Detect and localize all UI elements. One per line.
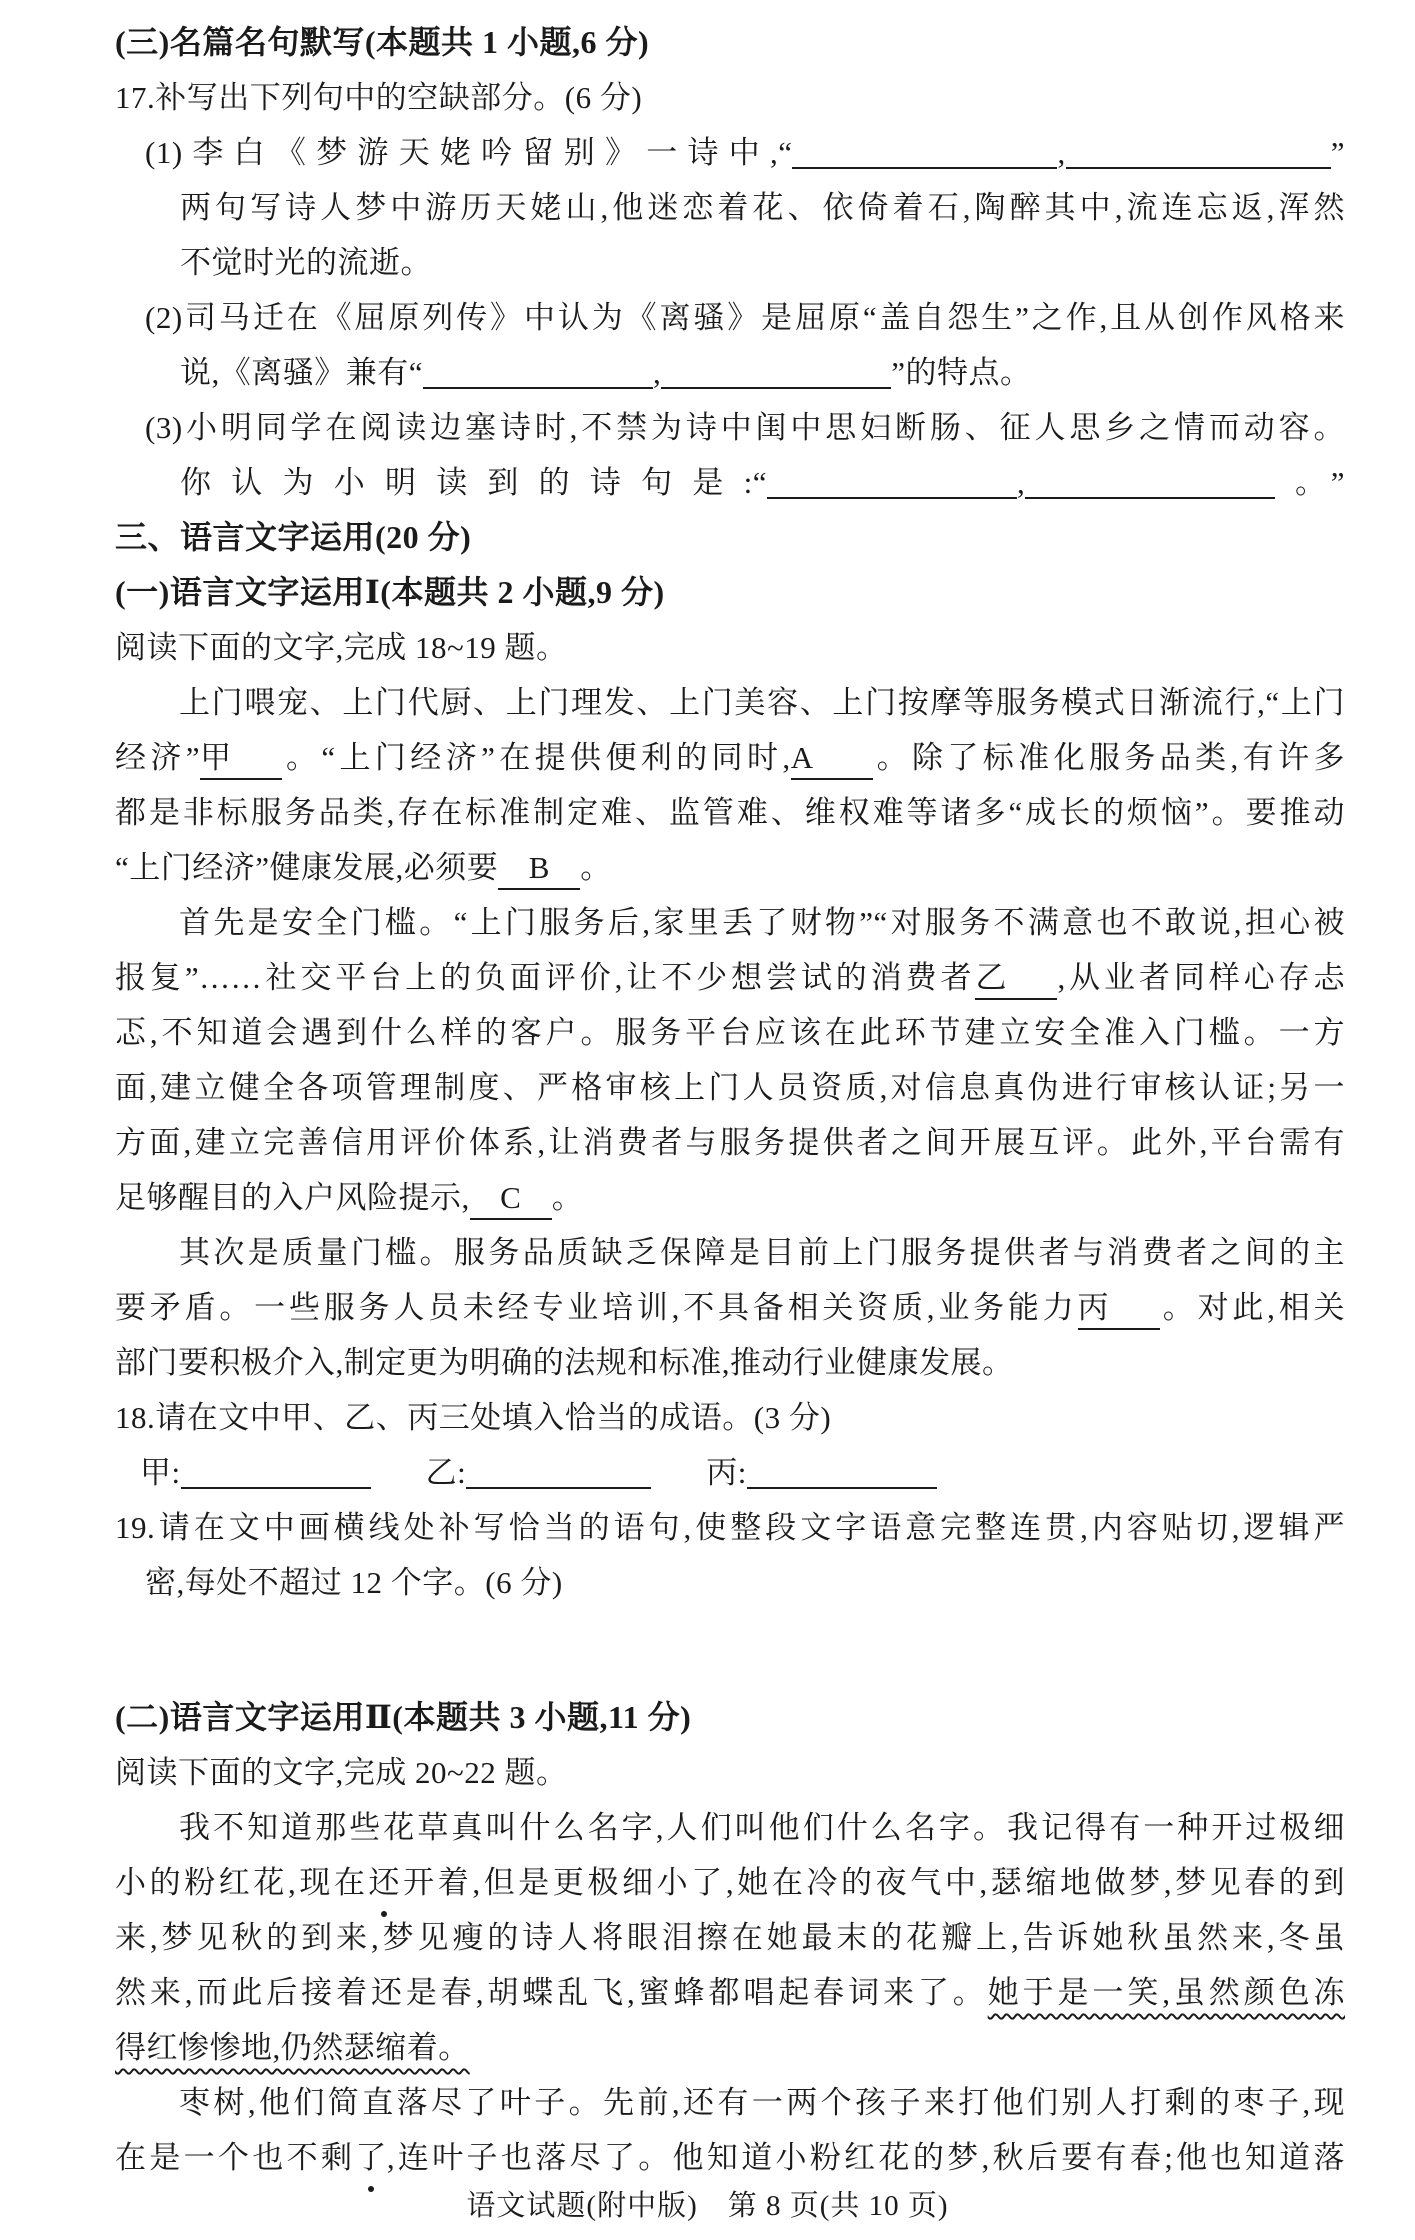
answer-blank [423,351,653,389]
inline-label-blank: A [791,738,873,780]
text-run: , [1017,465,1025,500]
passage1-p2-line3: 忑,不知道会遇到什么样的客户。服务平台应该在此环节建立安全准入门槛。一方 [115,1005,1345,1060]
inline-label-blank: 丙 [1078,1288,1160,1330]
section-3-heading: (三)名篇名句默写(本题共 1 小题,6 分) [115,15,1345,70]
answer-blank [792,131,1057,169]
q17-1-line2: 两句写诗人梦中游历天姥山,他迷恋着花、依倚着石,陶醉其中,流连忘返,浑然 [115,180,1345,235]
answer-blank [747,1451,937,1489]
text-run: 开着,但是更极细小了,她在冷的夜气中,瑟缩地做梦,梦见春的到 [400,1865,1345,1900]
text-run: 忑,不知道会遇到什么样的客户。服务平台应该在此环节建立安全准入门槛。一方 [115,1015,1345,1050]
inline-label-blank: 乙 [975,958,1057,1000]
passage2-p1-line4: 然来,而此后接着还是春,胡蝶乱飞,蜜蜂都唱起春词来了。她于是一笑,虽然颜色冻 [115,1965,1345,2020]
text-run: 丙: [706,1455,747,1490]
text-run: 枣树,他们简直落尽了叶子。先前,还有一两个孩子来打他们别人打剩的枣子,现 [179,2085,1345,2120]
text-run: 。除了标准化服务品类,有许多 [873,740,1345,775]
inline-label-blank: 甲 [200,738,282,780]
passage1-p2-line1: 首先是安全门槛。“上门服务后,家里丢了财物”“对服务不满意也不敢说,担心被 [115,895,1345,950]
passage1-p1-line4: “上门经济”健康发展,必须要B。 [115,840,1345,895]
reading-intro-2: 阅读下面的文字,完成 20~22 题。 [115,1745,1345,1800]
emphasis-dot-char: 了 [355,2130,387,2185]
text-run: , [653,355,661,390]
passage2-p1-line2: 小的粉红花,现在还开着,但是更极细小了,她在冷的夜气中,瑟缩地做梦,梦见春的到 [115,1855,1345,1910]
q18-answer-line: 甲:乙:丙: [115,1445,1345,1500]
q19-line1: 19.请在文中画横线处补写恰当的语句,使整段文字语意完整连贯,内容贴切,逻辑严 [115,1500,1345,1555]
passage1-p3-line1: 其次是质量门槛。服务品质缺乏保障是目前上门服务提供者与消费者之间的主 [115,1225,1345,1280]
text-run: 方面,建立完善信用评价体系,让消费者与服务提供者之间开展互评。此外,平台需有 [115,1125,1345,1160]
text-run: 上门喂宠、上门代厨、上门理发、上门美容、上门按摩等服务模式日渐流行,“上门 [179,685,1345,720]
q17-2-line1: (2)司马迁在《屈原列传》中认为《离骚》是屈原“盖自怨生”之作,且从创作风格来 [115,290,1345,345]
text-run: 报复”……社交平台上的负面评价,让不少想尝试的消费者 [115,960,975,995]
passage2-p2-line1: 枣树,他们简直落尽了叶子。先前,还有一两个孩子来打他们别人打剩的枣子,现 [115,2075,1345,2130]
text-run: 阅读下面的文字,完成 18~19 题。 [115,630,568,665]
text-run: 三、语言文字运用(20 分) [115,519,471,555]
text-run: 。” [1275,465,1345,500]
passage1-p1-line2: 经济”甲。“上门经济”在提供便利的同时,A。除了标准化服务品类,有许多 [115,730,1345,785]
passage2-p1-line5: 得红惨惨地,仍然瑟缩着。 [115,2020,1345,2075]
text-run: (3)小明同学在阅读边塞诗时,不禁为诗中闺中思妇断肠、征人思乡之情而动容。 [145,410,1345,445]
text-run: 18.请在文中甲、乙、丙三处填入恰当的成语。(3 分) [115,1400,831,1435]
text-run: 经济” [115,740,200,775]
text-run: 部门要积极介入,制定更为明确的法规和标准,推动行业健康发展。 [115,1345,1014,1380]
passage1-p1-line1: 上门喂宠、上门代厨、上门理发、上门美容、上门按摩等服务模式日渐流行,“上门 [115,675,1345,730]
text-run: (1)李白《梦游天姥吟留别》一诗中,“ [145,135,792,170]
page-footer: 语文试题(附中版) 第 8 页(共 10 页) [0,2185,1415,2228]
q17-1-line3: 不觉时光的流逝。 [115,235,1345,290]
text-run: ,连叶子也落尽了。他知道小粉红花的梦,秋后要有春;他也知道落 [387,2140,1345,2175]
text-run: 两句写诗人梦中游历天姥山,他迷恋着花、依倚着石,陶醉其中,流连忘返,浑然 [180,190,1345,225]
passage1-p2-line5: 方面,建立完善信用评价体系,让消费者与服务提供者之间开展互评。此外,平台需有 [115,1115,1345,1170]
text-run: 都是非标服务品类,存在标准制定难、监管难、维权难等诸多“成长的烦恼”。要推动 [115,795,1345,830]
answer-blank [767,461,1017,499]
text-run: (二)语言文字运用Ⅱ(本题共 3 小题,11 分) [115,1699,691,1735]
passage2-p1-line3: 来,梦见秋的到来,梦见瘦的诗人将眼泪擦在她最末的花瓣上,告诉她秋虽然来,冬虽 [115,1910,1345,1965]
passage1-p2-line4: 面,建立健全各项管理制度、严格审核上门人员资质,对信息真伪进行审核认证;另一 [115,1060,1345,1115]
text-run: ,从业者同样心存忐 [1057,960,1345,995]
q17-3-line2: 你认为小明读到的诗句是:“,。” [115,455,1345,510]
reading-intro-1: 阅读下面的文字,完成 18~19 题。 [115,620,1345,675]
text-run: “上门经济”健康发展,必须要 [115,850,498,885]
text-run: (三)名篇名句默写(本题共 1 小题,6 分) [115,24,649,60]
text-run: 你认为小明读到的诗句是:“ [180,465,767,500]
passage1-p3-line3: 部门要积极介入,制定更为明确的法规和标准,推动行业健康发展。 [115,1335,1345,1390]
q17-stem: 17.补写出下列句中的空缺部分。(6 分) [115,70,1345,125]
blank-gap [115,1610,1345,1690]
text-run: 不觉时光的流逝。 [180,245,432,280]
section-ii-heading: (二)语言文字运用Ⅱ(本题共 3 小题,11 分) [115,1690,1345,1745]
text-run: 19.请在文中画横线处补写恰当的语句,使整段文字语意完整连贯,内容贴切,逻辑严 [115,1510,1345,1545]
text-run: 。 [580,850,612,885]
text-run: ” [1331,135,1345,170]
section-main-3-heading: 三、语言文字运用(20 分) [115,510,1345,565]
text-run: 。对此,相关 [1160,1290,1346,1325]
text-run: 17.补写出下列句中的空缺部分。(6 分) [115,80,642,115]
emphasis-dot-char: 还 [369,1855,401,1910]
answer-blank [181,1451,371,1489]
text-run: 要矛盾。一些服务人员未经专业培训,不具备相关资质,业务能力 [115,1290,1078,1325]
text-run: 在是一个也不剩 [115,2140,355,2175]
text-run: (2)司马迁在《屈原列传》中认为《离骚》是屈原“盖自怨生”之作,且从创作风格来 [145,300,1345,335]
passage1-p2-line6: 足够醒目的入户风险提示,C。 [115,1170,1345,1225]
text-run: 然来,而此后接着还是春,胡蝶乱飞,蜜蜂都唱起春词来了。 [115,1975,988,2010]
q17-1-line1: (1)李白《梦游天姥吟留别》一诗中,“,” [115,125,1345,180]
exam-page: (三)名篇名句默写(本题共 1 小题,6 分)17.补写出下列句中的空缺部分。(… [0,0,1415,2240]
inline-label-blank: C [470,1178,552,1220]
text-run: 来,梦见秋的到来,梦见瘦的诗人将眼泪擦在她最末的花瓣上,告诉她秋虽然来,冬虽 [115,1920,1345,1955]
wavy-underline-text: 她于是一笑,虽然颜色冻 [988,1975,1345,2010]
answer-blank [1025,461,1275,499]
text-run: 。 [552,1180,584,1215]
answer-blank [1066,131,1331,169]
exam-content: (三)名篇名句默写(本题共 1 小题,6 分)17.补写出下列句中的空缺部分。(… [0,0,1415,2185]
passage1-p2-line2: 报复”……社交平台上的负面评价,让不少想尝试的消费者乙,从业者同样心存忐 [115,950,1345,1005]
text-run: 乙: [426,1455,467,1490]
passage1-p1-line3: 都是非标服务品类,存在标准制定难、监管难、维权难等诸多“成长的烦恼”。要推动 [115,785,1345,840]
text-run: ”的特点。 [891,355,1031,390]
text-run: 。“上门经济”在提供便利的同时, [282,740,791,775]
text-run: 首先是安全门槛。“上门服务后,家里丢了财物”“对服务不满意也不敢说,担心被 [179,905,1345,940]
wavy-underline-text: 得红惨惨地,仍然瑟缩着。 [115,2030,470,2065]
text-run: (一)语言文字运用Ⅰ(本题共 2 小题,9 分) [115,574,665,610]
text-run: 面,建立健全各项管理制度、严格审核上门人员资质,对信息真伪进行审核认证;另一 [115,1070,1345,1105]
q19-line2: 密,每处不超过 12 个字。(6 分) [115,1555,1345,1610]
text-run: , [1057,135,1065,170]
passage1-p3-line2: 要矛盾。一些服务人员未经专业培训,不具备相关资质,业务能力丙。对此,相关 [115,1280,1345,1335]
text-run: 甲: [140,1455,181,1490]
inline-label-blank: B [498,848,580,890]
passage2-p1-line1: 我不知道那些花草真叫什么名字,人们叫他们什么名字。我记得有一种开过极细 [115,1800,1345,1855]
text-run: 密,每处不超过 12 个字。(6 分) [145,1565,563,1600]
text-run: 足够醒目的入户风险提示, [115,1180,470,1215]
q17-2-line2: 说,《离骚》兼有“,”的特点。 [115,345,1345,400]
q18-stem: 18.请在文中甲、乙、丙三处填入恰当的成语。(3 分) [115,1390,1345,1445]
text-run: 小的粉红花,现在 [115,1865,369,1900]
text-run: 阅读下面的文字,完成 20~22 题。 [115,1755,568,1790]
q17-3-line1: (3)小明同学在阅读边塞诗时,不禁为诗中闺中思妇断肠、征人思乡之情而动容。 [115,400,1345,455]
text-run: 其次是质量门槛。服务品质缺乏保障是目前上门服务提供者与消费者之间的主 [179,1235,1345,1270]
text-run: 说,《离骚》兼有“ [180,355,423,390]
passage2-p2-line2: 在是一个也不剩了,连叶子也落尽了。他知道小粉红花的梦,秋后要有春;他也知道落 [115,2130,1345,2185]
text-run: 我不知道那些花草真叫什么名字,人们叫他们什么名字。我记得有一种开过极细 [179,1810,1345,1845]
answer-blank [661,351,891,389]
answer-blank [466,1451,651,1489]
section-i-heading: (一)语言文字运用Ⅰ(本题共 2 小题,9 分) [115,565,1345,620]
